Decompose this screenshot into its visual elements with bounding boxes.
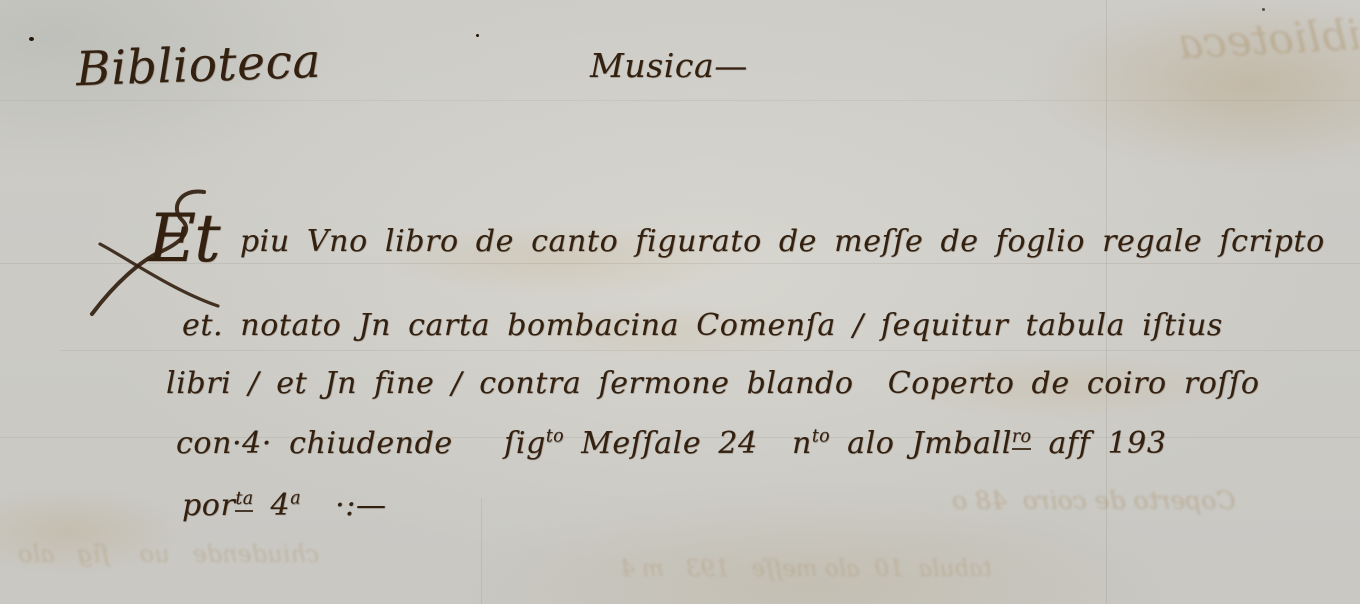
manuscript-line: Et piu Vno libro de canto figurato de me… <box>148 224 1325 259</box>
text-segment: et. notato Jn carta bombacina Comenſa / … <box>182 308 1223 343</box>
text-segment: con·4· chiudende ſig <box>176 426 546 461</box>
text-segment: alo Jmball <box>830 426 1012 461</box>
bleedthrough-fragment: Coperto de coiro 48 o <box>952 486 1235 515</box>
bleedthrough-title: Biblioteca <box>1177 8 1360 68</box>
initial-letter: Et <box>148 200 219 277</box>
superscript-segment: to <box>812 427 830 447</box>
text-segment: piu Vno libro de canto figurato de meſſe… <box>223 224 1325 259</box>
text-segment: Meſſale 24 n <box>564 426 812 461</box>
manuscript-line: porta 4a ·:— <box>182 488 387 523</box>
text-segment: ·:— <box>301 488 387 523</box>
ink-speck <box>29 37 34 41</box>
superscript-segment: ro <box>1012 427 1031 450</box>
manuscript-line: con·4· chiudende ſigto Meſſale 24 nto al… <box>176 426 1167 461</box>
fold-line <box>60 350 1360 351</box>
text-segment: aff 193 <box>1031 426 1166 461</box>
fold-line <box>1106 0 1107 604</box>
fold-line <box>481 498 482 604</box>
manuscript-line: libri / et Jn fine / contra ſermone blan… <box>166 366 1260 401</box>
superscript-segment: to <box>546 427 564 447</box>
section-title-biblioteca: Biblioteca <box>75 34 322 98</box>
ink-speck <box>1262 8 1265 11</box>
manuscript-page: Biblioteca Coperto de coiro 48 o chiuden… <box>0 0 1360 604</box>
text-segment: libri / et Jn fine / contra ſermone blan… <box>166 366 1260 401</box>
bleedthrough-fragment: chiudende uo ſig alo <box>18 540 319 568</box>
bleedthrough-fragment: tabula 10 alo meſſe 193 m 4 <box>620 556 992 582</box>
fold-line <box>0 100 1360 101</box>
superscript-segment: ta <box>235 489 253 512</box>
text-segment: por <box>182 488 235 523</box>
superscript-segment: a <box>290 489 301 509</box>
text-segment: 4 <box>253 488 290 523</box>
ink-speck <box>476 34 479 37</box>
manuscript-line: et. notato Jn carta bombacina Comenſa / … <box>182 308 1223 343</box>
section-title-musica: Musica— <box>590 46 748 85</box>
